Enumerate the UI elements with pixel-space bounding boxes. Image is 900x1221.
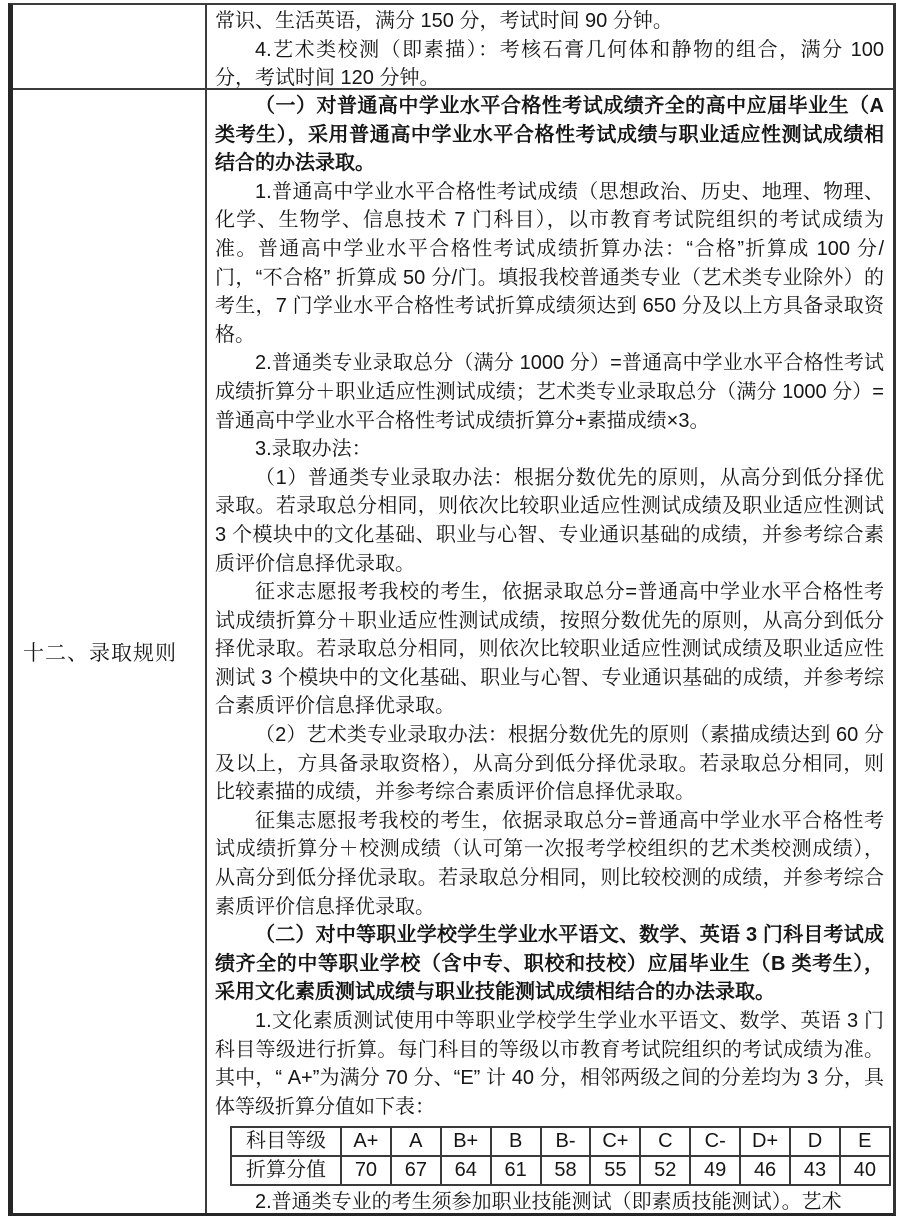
continuation-content-cell: 常识、生活英语，满分 150 分，考试时间 90 分钟。 4.艺术类校测（即素描… (207, 5, 893, 88)
grade-cell: C (640, 1127, 690, 1156)
value-cell: 64 (441, 1156, 491, 1185)
paragraph: （1）普通类专业录取办法：根据分数优先的原则，从高分到低分择优录取。若录取总分相… (215, 464, 884, 578)
value-cell: 52 (640, 1156, 690, 1185)
value-cell: 46 (740, 1156, 790, 1185)
value-cell: 49 (690, 1156, 740, 1185)
grade-cell: C- (690, 1127, 740, 1156)
rules-content-cell: （一）对普通高中学业水平合格性考试成绩齐全的高中应届毕业生（A 类考生），采用普… (207, 90, 893, 1213)
grade-conversion-table: 科目等级 A+ A B+ B B- C+ C C- D+ D E 折 (230, 1126, 891, 1186)
grade-table-value-row: 折算分值 70 67 64 61 58 55 52 49 46 43 40 (231, 1156, 890, 1185)
value-cell: 43 (790, 1156, 840, 1185)
grade-table-header-label: 科目等级 (231, 1127, 341, 1156)
paragraph: 1.普通高中学业水平合格性考试成绩（思想政治、历史、地理、物理、化学、生物学、信… (215, 178, 884, 350)
document-page: 常识、生活英语，满分 150 分，考试时间 90 分钟。 4.艺术类校测（即素描… (0, 0, 900, 1221)
value-cell: 61 (491, 1156, 541, 1185)
grade-table-value-label: 折算分值 (231, 1156, 341, 1185)
admission-rules-table: 常识、生活英语，满分 150 分，考试时间 90 分钟。 4.艺术类校测（即素描… (8, 3, 896, 1216)
paragraph: 4.艺术类校测（即素描）：考核石膏几何体和静物的组合，满分 100 分，考试时间… (215, 36, 884, 88)
paragraph: （2）艺术类专业录取办法：根据分数优先的原则（素描成绩达到 60 分及以上，方具… (215, 721, 884, 807)
paragraph: 常识、生活英语，满分 150 分，考试时间 90 分钟。 (215, 7, 884, 36)
grade-table-header-row: 科目等级 A+ A B+ B B- C+ C C- D+ D E (231, 1127, 890, 1156)
paragraph: （二）对中等职业学校学生学业水平语文、数学、英语 3 门科目考试成绩齐全的中等职… (215, 921, 884, 1007)
paragraph: 征求志愿报考我校的考生，依据录取总分=普通高中学业水平合格性考试成绩折算分＋职业… (215, 578, 884, 721)
section-label-cell: 十二、录取规则 (13, 90, 207, 1213)
grade-cell: A+ (341, 1127, 391, 1156)
paragraph: 征集志愿报考我校的考生，依据录取总分=普通高中学业水平合格性考试成绩折算分＋校测… (215, 807, 884, 921)
table-row-admission-rules: 十二、录取规则 （一）对普通高中学业水平合格性考试成绩齐全的高中应届毕业生（A … (13, 90, 893, 1213)
grade-cell: B- (541, 1127, 591, 1156)
table-row-continuation: 常识、生活英语，满分 150 分，考试时间 90 分钟。 4.艺术类校测（即素描… (13, 5, 893, 90)
grade-cell: A (391, 1127, 441, 1156)
paragraph: 3.录取办法： (215, 435, 884, 464)
grade-cell: C+ (590, 1127, 640, 1156)
value-cell: 58 (541, 1156, 591, 1185)
grade-cell: D (790, 1127, 840, 1156)
section-title: 十二、录取规则 (23, 637, 177, 667)
paragraph: 1.文化素质测试使用中等职业学校学生学业水平语文、数学、英语 3 门科目等级进行… (215, 1007, 884, 1121)
value-cell: 55 (590, 1156, 640, 1185)
paragraph: 2.普通类专业的考生须参加职业技能测试（即素质技能测试）。艺术 (215, 1188, 884, 1213)
paragraph: （一）对普通高中学业水平合格性考试成绩齐全的高中应届毕业生（A 类考生），采用普… (215, 92, 884, 178)
grade-cell: B+ (441, 1127, 491, 1156)
grade-cell: D+ (740, 1127, 790, 1156)
section-label-cell-empty (13, 5, 207, 88)
value-cell: 70 (341, 1156, 391, 1185)
value-cell: 67 (391, 1156, 441, 1185)
grade-cell: E (840, 1127, 890, 1156)
grade-cell: B (491, 1127, 541, 1156)
paragraph: 2.普通类专业录取总分（满分 1000 分）=普通高中学业水平合格性考试成绩折算… (215, 349, 884, 435)
value-cell: 40 (840, 1156, 890, 1185)
